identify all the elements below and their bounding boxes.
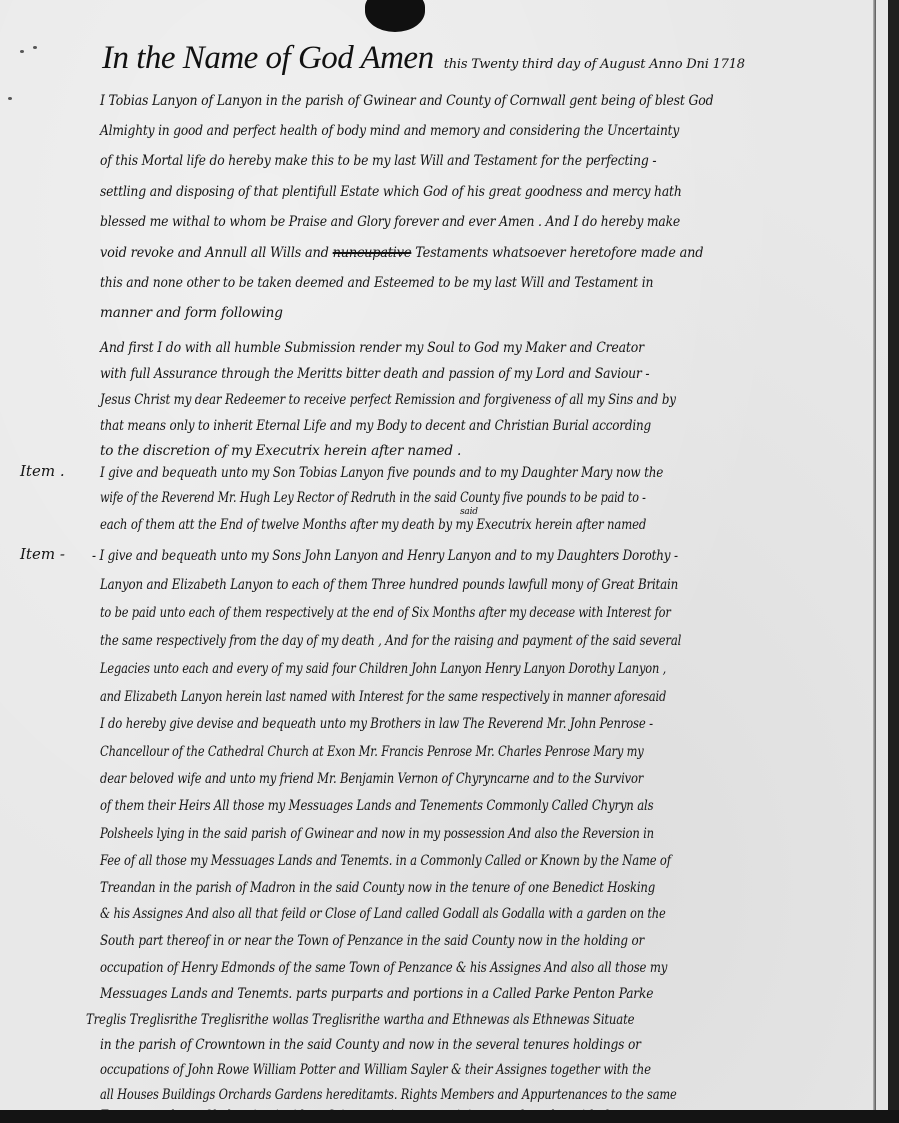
item-line: Polsheels lying in the said parish of Gw… — [100, 826, 654, 842]
soul-line: And first I do with all humble Submissio… — [100, 340, 644, 356]
item-line: & his Assignes And also all that feild o… — [100, 906, 666, 922]
preamble-line: this and none other to be taken deemed a… — [100, 275, 653, 291]
struck-word: nuncupative — [333, 245, 412, 261]
item-line: Treglis Treglisrithe Treglisrithe wollas… — [86, 1012, 634, 1028]
item-line: of them their Heirs All those my Messuag… — [100, 798, 653, 814]
item-line: occupations of John Rowe William Potter … — [100, 1062, 651, 1078]
item-line: - I give and bequeath unto my Sons John … — [92, 548, 678, 564]
interlinear-note: said — [460, 507, 478, 517]
item-line: Lanyon and Elizabeth Lanyon to each of t… — [100, 577, 678, 593]
item-line: Messuages Lands and Tenemts. parts purpa… — [100, 986, 653, 1002]
manuscript-page: In the Name of God Amen this Twenty thir… — [0, 0, 888, 1110]
heading-title: In the Name of God Amen — [102, 40, 434, 76]
item-line: I do hereby give devise and bequeath unt… — [100, 716, 653, 732]
item-line: and Elizabeth Lanyon herein last named w… — [100, 689, 666, 705]
scan-edge-right — [888, 0, 899, 1123]
preamble-line: blessed me withal to whom be Praise and … — [100, 214, 680, 230]
item-line: to be paid unto each of them respectivel… — [100, 605, 671, 621]
item-line: Chancellour of the Cathedral Church at E… — [100, 744, 644, 760]
heading-line: In the Name of God Amen this Twenty thir… — [102, 40, 745, 77]
ink-blot — [365, 0, 425, 32]
heading-date: this Twenty third day of August Anno Dni… — [444, 57, 745, 72]
preamble-line: settling and disposing of that plentiful… — [100, 184, 682, 200]
item-label: Item . — [20, 462, 65, 480]
page-fold — [873, 0, 876, 1110]
ink-spot — [8, 97, 12, 100]
item-line: Treandan in the parish of Madron in the … — [100, 880, 655, 896]
soul-line: with full Assurance through the Meritts … — [100, 366, 649, 382]
preamble-line: manner and form following — [100, 305, 283, 321]
ink-spot — [33, 46, 37, 49]
preamble-line: of this Mortal life do hereby make this … — [100, 153, 656, 169]
item-line: the same respectively from the day of my… — [100, 633, 681, 649]
preamble-line: I Tobias Lanyon of Lanyon in the parish … — [100, 93, 713, 109]
item-line: occupation of Henry Edmonds of the same … — [100, 960, 667, 976]
item-line: Legacies unto each and every of my said … — [100, 661, 666, 677]
item-line: Fee of all those my Messuages Lands and … — [100, 853, 671, 869]
preamble-text: void revoke and Annull all Wills and — [100, 245, 333, 261]
item-label: Item - — [20, 545, 65, 563]
item-line: dear beloved wife and unto my friend Mr.… — [100, 771, 643, 787]
preamble-line-strike: void revoke and Annull all Wills and nun… — [100, 245, 703, 261]
item-line: wife of the Reverend Mr. Hugh Ley Rector… — [100, 490, 646, 506]
soul-line: to the discretion of my Executrix herein… — [100, 443, 461, 459]
item-line: in the parish of Crowntown in the said C… — [100, 1037, 641, 1053]
soul-line: Jesus Christ my dear Redeemer to receive… — [100, 392, 676, 408]
item-line: South part thereof in or near the Town o… — [100, 933, 644, 949]
item-line: all Houses Buildings Orchards Gardens he… — [100, 1087, 677, 1103]
preamble-line: Almighty in good and perfect health of b… — [100, 123, 679, 139]
scan-edge-bottom — [0, 1110, 899, 1123]
item-line: I give and bequeath unto my Son Tobias L… — [100, 465, 663, 481]
ink-spot — [20, 50, 24, 53]
item-line: each of them att the End of twelve Month… — [100, 517, 646, 533]
preamble-text: Testaments whatsoever heretofore made an… — [411, 245, 703, 261]
soul-line: that means only to inherit Eternal Life … — [100, 418, 651, 434]
